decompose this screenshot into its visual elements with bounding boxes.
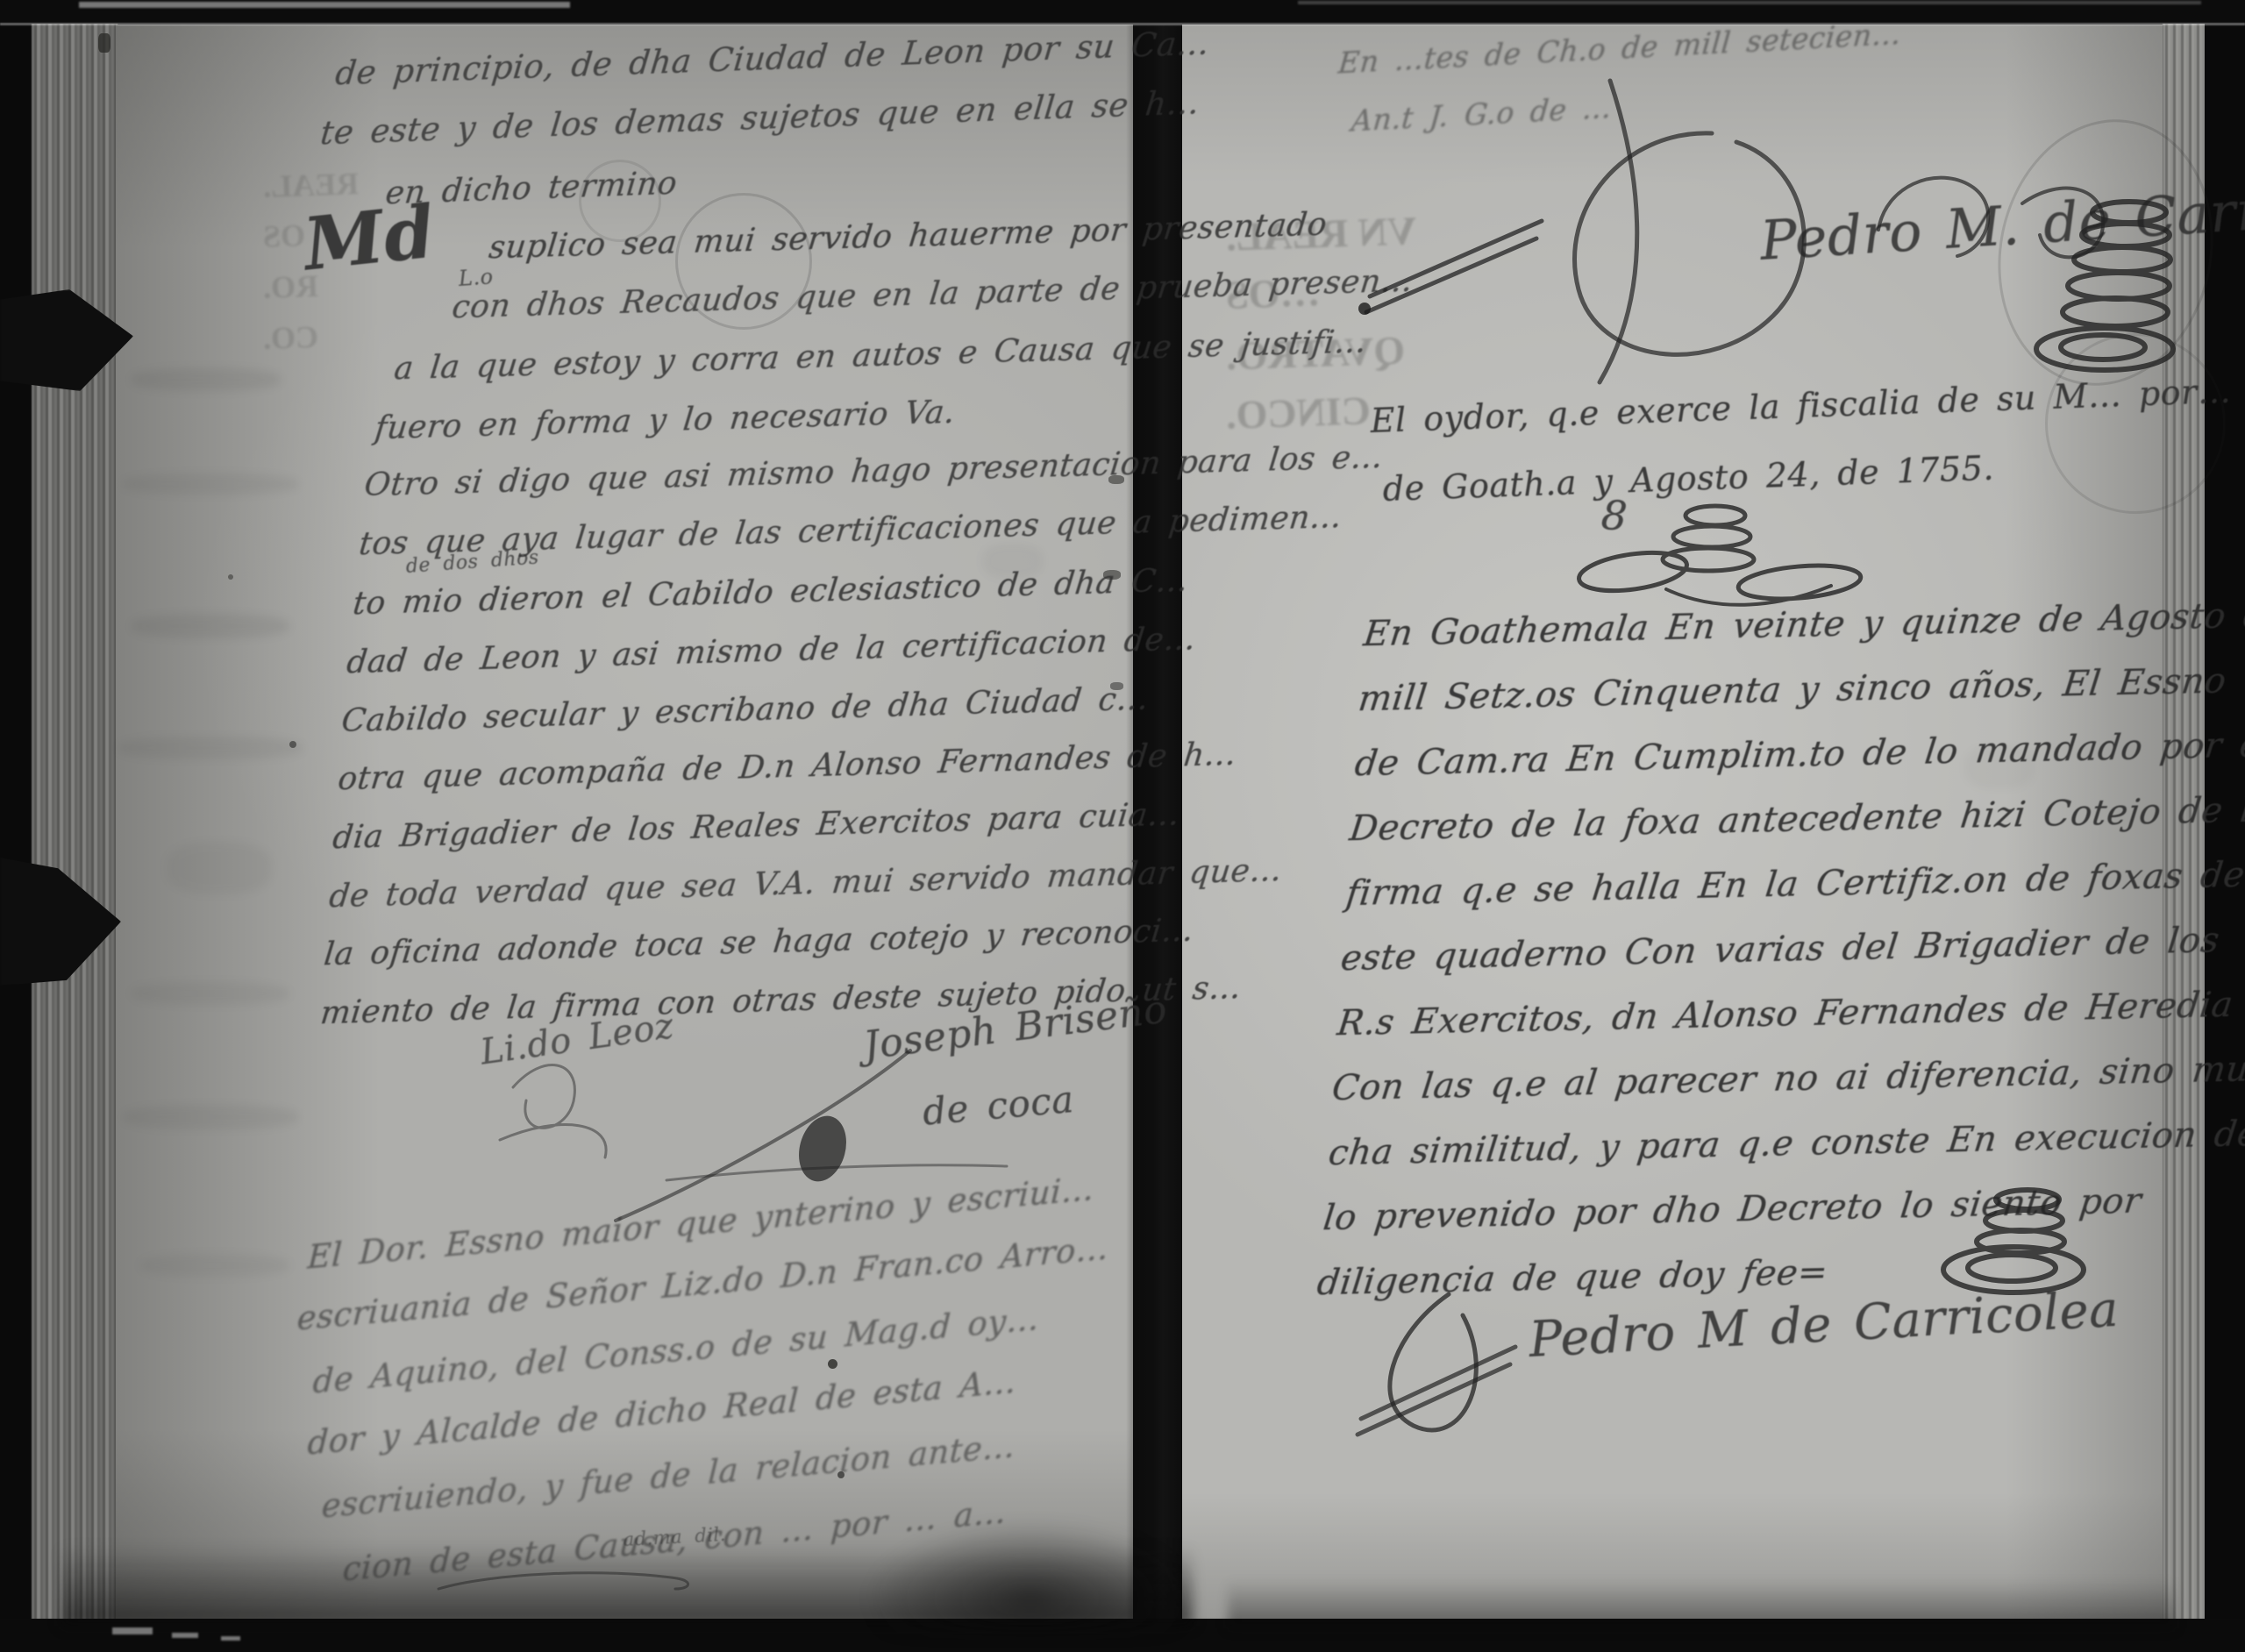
petition-initial: Md <box>300 189 438 287</box>
scan-glitch-speck <box>221 1636 240 1641</box>
bleedthrough-print-line: OS <box>262 217 305 255</box>
faint-seal-stamp <box>2045 333 2226 514</box>
bleedthrough-smudge <box>118 737 303 759</box>
scan-glitch-streak <box>79 2 570 8</box>
book-fore-edge-left <box>32 23 118 1627</box>
bleedthrough-smudge <box>123 474 298 495</box>
fiscal-mark: 8 <box>1600 491 1629 540</box>
bleedthrough-smudge <box>132 368 281 391</box>
marginal-abbreviation: L.o <box>458 264 494 291</box>
scan-glitch-speck <box>112 1627 153 1634</box>
scan-border-left <box>0 0 33 1652</box>
ink-speck <box>228 574 233 580</box>
age-spot <box>167 842 272 894</box>
ink-speck <box>98 33 110 53</box>
scan-seam-line <box>0 23 2245 25</box>
ink-speck <box>289 741 296 748</box>
bleedthrough-print-line: CO. <box>262 318 318 357</box>
bleedthrough-smudge <box>132 614 289 638</box>
scan-glitch-streak <box>1298 1 2201 4</box>
bleedthrough-smudge <box>123 1105 298 1129</box>
bleedthrough-print-line: QVATRO. <box>1225 326 1406 379</box>
bleedthrough-smudge <box>132 982 289 1005</box>
bleedthrough-print-line: CINCO. <box>1225 387 1372 438</box>
bleedthrough-print-line: VN REAL. <box>1225 207 1417 260</box>
page-bottom-shadow-right <box>1228 1580 2175 1628</box>
ink-speck <box>828 1359 837 1369</box>
bleedthrough-smudge <box>140 1254 289 1277</box>
manuscript-scan: de principio, de dha Ciudad de Leon por … <box>0 0 2245 1652</box>
scan-glitch-speck <box>172 1633 198 1638</box>
bleedthrough-print-line: …OS <box>1225 268 1321 318</box>
